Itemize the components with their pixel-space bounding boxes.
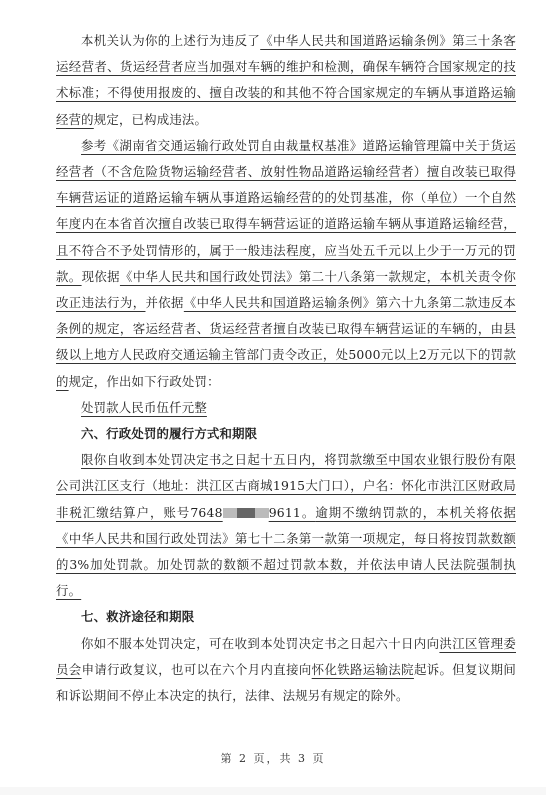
document-body: 本机关认为你的上述行为违反了《中华人民共和国道路运输条例》第三十条客运经营者、货…	[56, 28, 516, 709]
payment-paragraph: 限你自收到本处罚决定书之日起十五日内，将罚款缴至中国农业银行股份有限公司洪江区支…	[56, 447, 516, 604]
payment-instructions: 限你自收到本处罚决定书之日起十五日内，将罚款缴至中国农业银行股份有限公司洪江区支…	[56, 452, 516, 598]
court-name: 怀化铁路运输法院	[312, 662, 414, 677]
discretion-standard-text: 参考《湖南省交通运输行政处罚自由裁量权基准》道路运输管理篇中关于货运经营者（不含…	[56, 138, 516, 284]
document-page: 本机关认为你的上述行为违反了《中华人民共和国道路运输条例》第三十条客运经营者、货…	[0, 0, 546, 787]
decision-lead: 规定，作出如下行政处罚：	[69, 374, 220, 389]
remedy-paragraph: 你如不服本处罚决定，可在收到本处罚决定书之日起六十日内向洪江区管理委员会申请行政…	[56, 631, 516, 710]
basis-connector-2: 并依据	[145, 295, 183, 310]
payment-account-suffix: 9611。	[269, 505, 316, 520]
violation-lead: 本机关认为你的上述行为违反了	[81, 33, 260, 48]
basis-connector: 现依据	[82, 269, 120, 284]
violation-conclusion: 规定，已构成违法。	[94, 112, 207, 127]
page-number-footer: 第 2 页，共 3 页	[0, 750, 546, 766]
penalty-basis-paragraph: 参考《湖南省交通运输行政处罚自由裁量权基准》道路运输管理篇中关于货运经营者（不含…	[56, 133, 516, 395]
remedy-text-1: 你如不服本处罚决定，可在收到本处罚决定书之日起六十日内向	[81, 636, 439, 651]
violation-paragraph: 本机关认为你的上述行为违反了《中华人民共和国道路运输条例》第三十条客运经营者、货…	[56, 28, 516, 133]
penalty-amount: 处罚款人民币伍仟元整	[81, 400, 207, 415]
penalty-amount-paragraph: 处罚款人民币伍仟元整	[56, 395, 516, 421]
section-6-heading: 六、行政处罚的履行方式和期限	[56, 421, 516, 447]
remedy-text-2: 申请行政复议，也可以在六个月内直接向	[82, 662, 312, 677]
redacted-account-number	[223, 508, 269, 518]
section-7-heading: 七、救济途径和期限	[56, 604, 516, 630]
